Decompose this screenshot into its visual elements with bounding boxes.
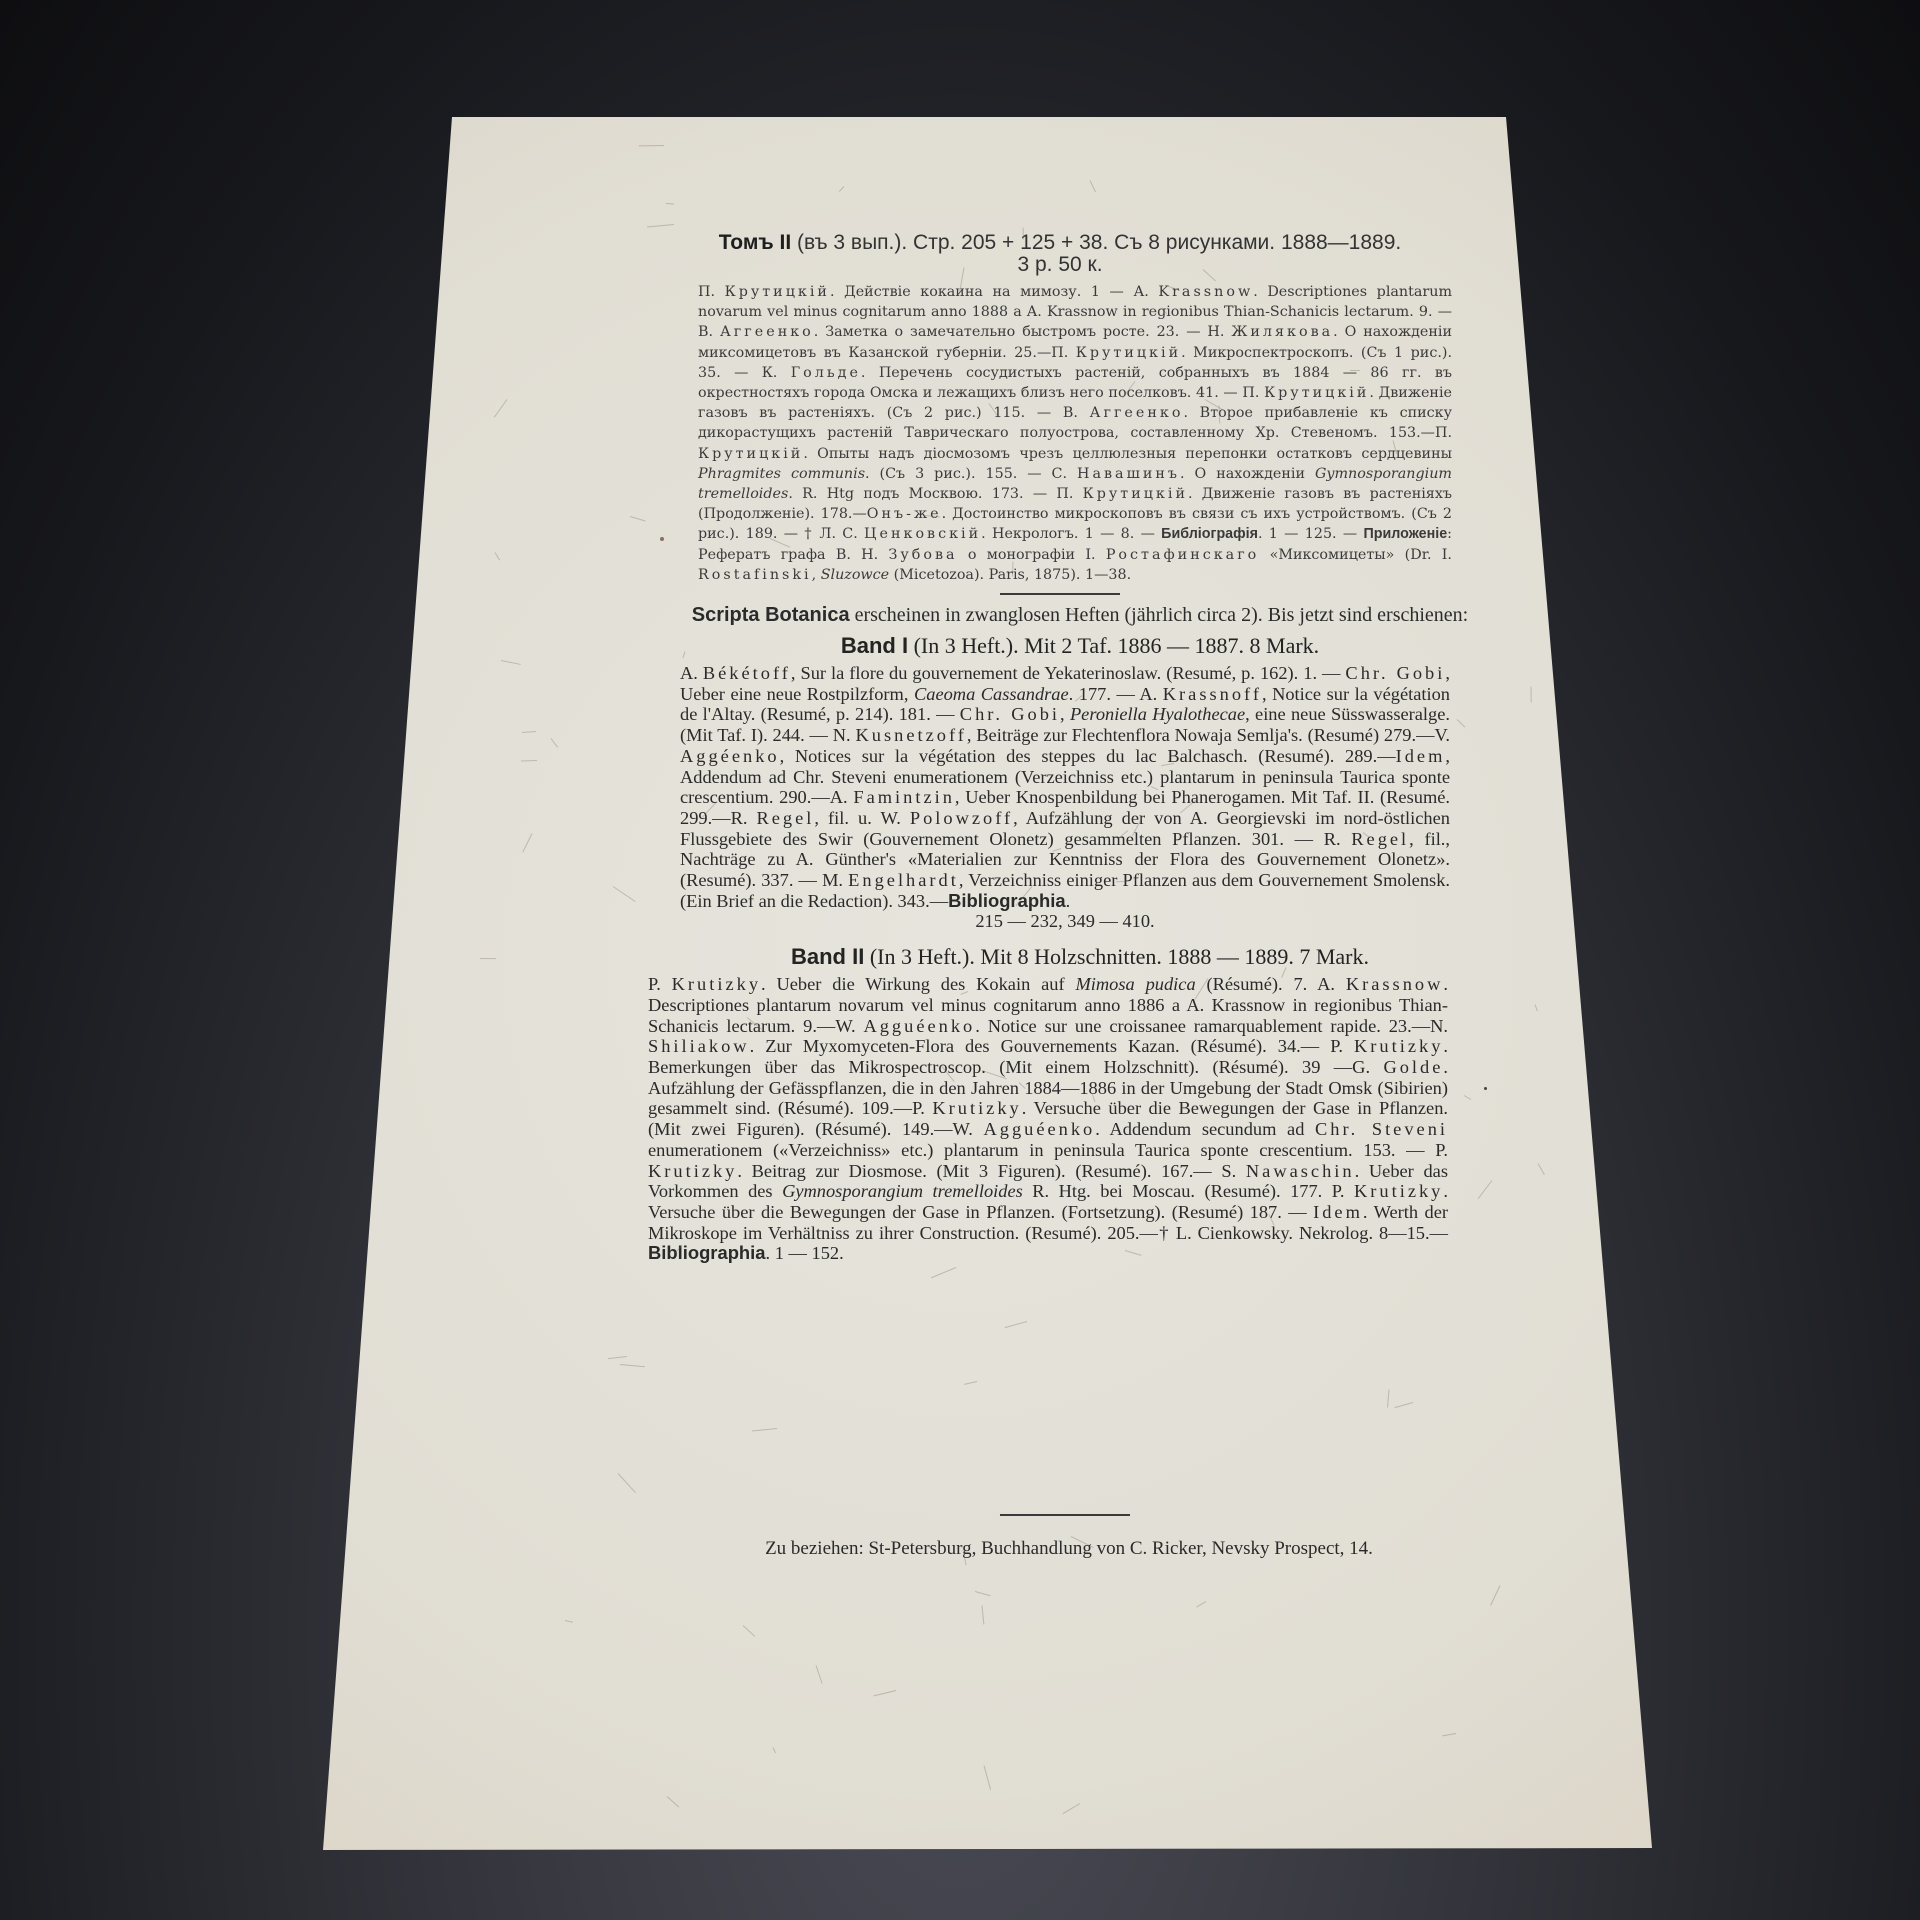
section-keyword: Bibliographia xyxy=(648,1242,766,1263)
species-name: Phragmites communis xyxy=(698,466,865,482)
text-run: . Zur Myxomyceten-Flora des Gouvernement… xyxy=(750,1036,1354,1056)
species-name: Peroniella Hyalothecae xyxy=(1070,704,1245,724)
author-name: Chr. Gobi xyxy=(960,704,1060,724)
author-name: Жилякова xyxy=(1231,324,1333,340)
text-run: enumerationem («Verzeichniss» etc.) plan… xyxy=(648,1140,1448,1160)
text-run: A. xyxy=(680,663,703,683)
section-keyword: Приложеніе xyxy=(1363,526,1447,542)
section-keyword: Библіографія xyxy=(1161,526,1258,542)
band2-title: Band II (In 3 Heft.). Mit 8 Holzschnitte… xyxy=(680,944,1480,970)
author-name: Krutizky xyxy=(1354,1036,1443,1056)
author-name: Rostafinski xyxy=(698,567,812,583)
printed-page-content: Томъ II (въ 3 вып.). Стр. 205 + 125 + 38… xyxy=(640,232,1480,1264)
text-run: . R. Htg подъ Москвою. 173. — П. xyxy=(788,486,1082,502)
russian-volume-header: Томъ II (въ 3 вып.). Стр. 205 + 125 + 38… xyxy=(640,232,1480,276)
russian-contents-paragraph: П. Крутицкій. Действіе кокаина на мимозу… xyxy=(698,282,1452,585)
author-name: Agguéenko xyxy=(983,1119,1095,1139)
author-name: Krutizky xyxy=(932,1098,1021,1118)
author-name: Krassnoff xyxy=(1163,684,1262,704)
author-name: Крутицкій xyxy=(698,446,803,462)
text-run: . Опыты надъ діосмозомъ чрезъ целлюлезны… xyxy=(803,446,1452,462)
author-name: Aggéenko xyxy=(680,746,780,766)
paper-blemish xyxy=(1484,1087,1487,1090)
section-divider xyxy=(1000,593,1120,595)
author-name: Golde xyxy=(1383,1057,1443,1077)
text-run: , fil. u. W. xyxy=(814,808,909,828)
author-name: Крутицкій xyxy=(1264,385,1369,401)
text-run: , xyxy=(1060,704,1070,724)
footer-divider xyxy=(1000,1514,1130,1516)
band2-contents-paragraph: P. Krutizky. Ueber die Wirkung des Kokai… xyxy=(648,974,1448,1264)
author-name: Chr. Gobi xyxy=(1345,663,1445,683)
text-run: . О нахожденіи xyxy=(1180,466,1315,482)
author-name: Kusnetzoff xyxy=(855,725,966,745)
text-run: . Addendum secundum ad xyxy=(1095,1119,1315,1139)
text-run: , xyxy=(812,567,821,583)
band1-contents-paragraph: A. Békétoff, Sur la flore du gouvernemen… xyxy=(680,663,1450,911)
author-name: Polowzoff xyxy=(910,808,1013,828)
author-name: Krassnow xyxy=(1346,974,1444,994)
author-name: Крутицкій xyxy=(725,284,830,300)
text-run: о монографіи І. xyxy=(958,547,1106,563)
text-run: , Notices sur la végétation des steppes … xyxy=(780,746,1396,766)
author-name: Krutizky xyxy=(648,1161,737,1181)
text-run: P. xyxy=(648,974,672,994)
author-name: Гольде xyxy=(791,365,861,381)
paper-blemish xyxy=(660,537,664,541)
text-run: . Ueber die Wirkung des Kokain auf xyxy=(761,974,1075,994)
author-name: Famintzin xyxy=(853,787,955,807)
author-name: Крутицкій xyxy=(1076,345,1181,361)
author-name: Аггеенко xyxy=(1090,405,1184,421)
paper-fiber xyxy=(1530,686,1531,702)
text-run: (Micetozoa). Paris, 1875). 1—38. xyxy=(889,567,1131,583)
text-run: , Sur la flore du gouvernement de Yekate… xyxy=(791,663,1346,683)
publication-name: Scripta Botanica xyxy=(692,604,850,626)
species-name: Mimosa pudica xyxy=(1075,974,1195,994)
author-name: Idem xyxy=(1313,1202,1363,1222)
text-run: . Действіе кокаина на мимозу. 1 — А. xyxy=(830,284,1158,300)
text-run: . 1 — 125. — xyxy=(1258,526,1364,542)
author-name: Онъ-же xyxy=(867,506,942,522)
band2-label: Band II xyxy=(791,944,864,969)
author-name: Ростафинскаго xyxy=(1106,547,1259,563)
band1-title: Band I (In 3 Heft.). Mit 2 Taf. 1886 — 1… xyxy=(680,633,1480,659)
text-run: . Beitrag zur Diosmose. (Mit 3 Figuren).… xyxy=(737,1161,1246,1181)
text-run: . 177. — A. xyxy=(1069,684,1163,704)
author-name: Shiliakow xyxy=(648,1036,750,1056)
species-name: Gymnosporangium tremelloides xyxy=(782,1181,1023,1201)
russian-volume-title: Томъ II xyxy=(719,231,791,254)
species-name: Sluzowce xyxy=(821,567,889,583)
text-run: . Заметка о замечательно быстромъ росте.… xyxy=(814,324,1232,340)
author-name: Аггеенко xyxy=(720,324,814,340)
author-name: Békétoff xyxy=(703,663,791,683)
band1-label: Band I xyxy=(841,633,908,658)
author-name: Idem xyxy=(1396,746,1446,766)
author-name: Зубова xyxy=(888,547,957,563)
text-run: . Некрологъ. 1 — 8. — xyxy=(981,526,1161,542)
author-name: Agguéenko xyxy=(863,1016,975,1036)
text-run: «Миксомицеты» (Dr. I. xyxy=(1259,547,1452,563)
author-name: Крутицкій xyxy=(1083,486,1188,502)
text-run: . Notice sur une croissanee ramarquablem… xyxy=(975,1016,1448,1036)
author-name: Nawaschin xyxy=(1246,1161,1355,1181)
author-name: Regel xyxy=(1351,829,1409,849)
band1-details: (In 3 Heft.). Mit 2 Taf. 1886 — 1887. 8 … xyxy=(908,633,1319,658)
text-run: R. Htg. bei Moscau. (Resumé). 177. P. xyxy=(1023,1181,1354,1201)
band2-details: (In 3 Heft.). Mit 8 Holzschnitten. 1888 … xyxy=(864,944,1369,969)
paper-fiber xyxy=(700,1027,713,1029)
publication-frequency-text: erscheinen in zwanglosen Heften (jährlic… xyxy=(850,604,1469,626)
author-name: Навашинъ xyxy=(1077,466,1180,482)
scripta-botanica-intro: Scripta Botanica erscheinen in zwanglose… xyxy=(680,603,1480,627)
paper-fiber xyxy=(665,203,673,205)
band1-bibliography-pages: 215 — 232, 349 — 410. xyxy=(680,911,1450,932)
paper-fiber xyxy=(1350,370,1360,371)
author-name: Krutizky xyxy=(1354,1181,1443,1201)
text-run: . (Съ 3 рис.). 155. — С. xyxy=(865,466,1077,482)
species-name: Caeoma Cassandrae xyxy=(914,684,1069,704)
author-name: Krutizky xyxy=(672,974,761,994)
text-run: , Beiträge zur Flechtenflora Nowaja Seml… xyxy=(967,725,1450,745)
author-name: Chr. Steveni xyxy=(1315,1119,1448,1139)
author-name: Engelhardt xyxy=(848,870,959,890)
section-keyword: Bibliographia xyxy=(948,890,1066,911)
russian-volume-price: 3 р. 50 к. xyxy=(1017,253,1102,276)
publisher-footer: Zu beziehen: St-Petersburg, Buchhandlung… xyxy=(648,1538,1490,1560)
author-name: Regel xyxy=(756,808,814,828)
text-run: . 1 — 152. xyxy=(766,1243,844,1263)
russian-volume-details: (въ 3 вып.). Стр. 205 + 125 + 38. Съ 8 р… xyxy=(791,231,1401,254)
text-run: (Résumé). 7. A. xyxy=(1196,974,1346,994)
author-name: Ценковскій xyxy=(864,526,981,542)
text-run: П. xyxy=(698,284,725,300)
text-run: . xyxy=(1066,891,1071,911)
